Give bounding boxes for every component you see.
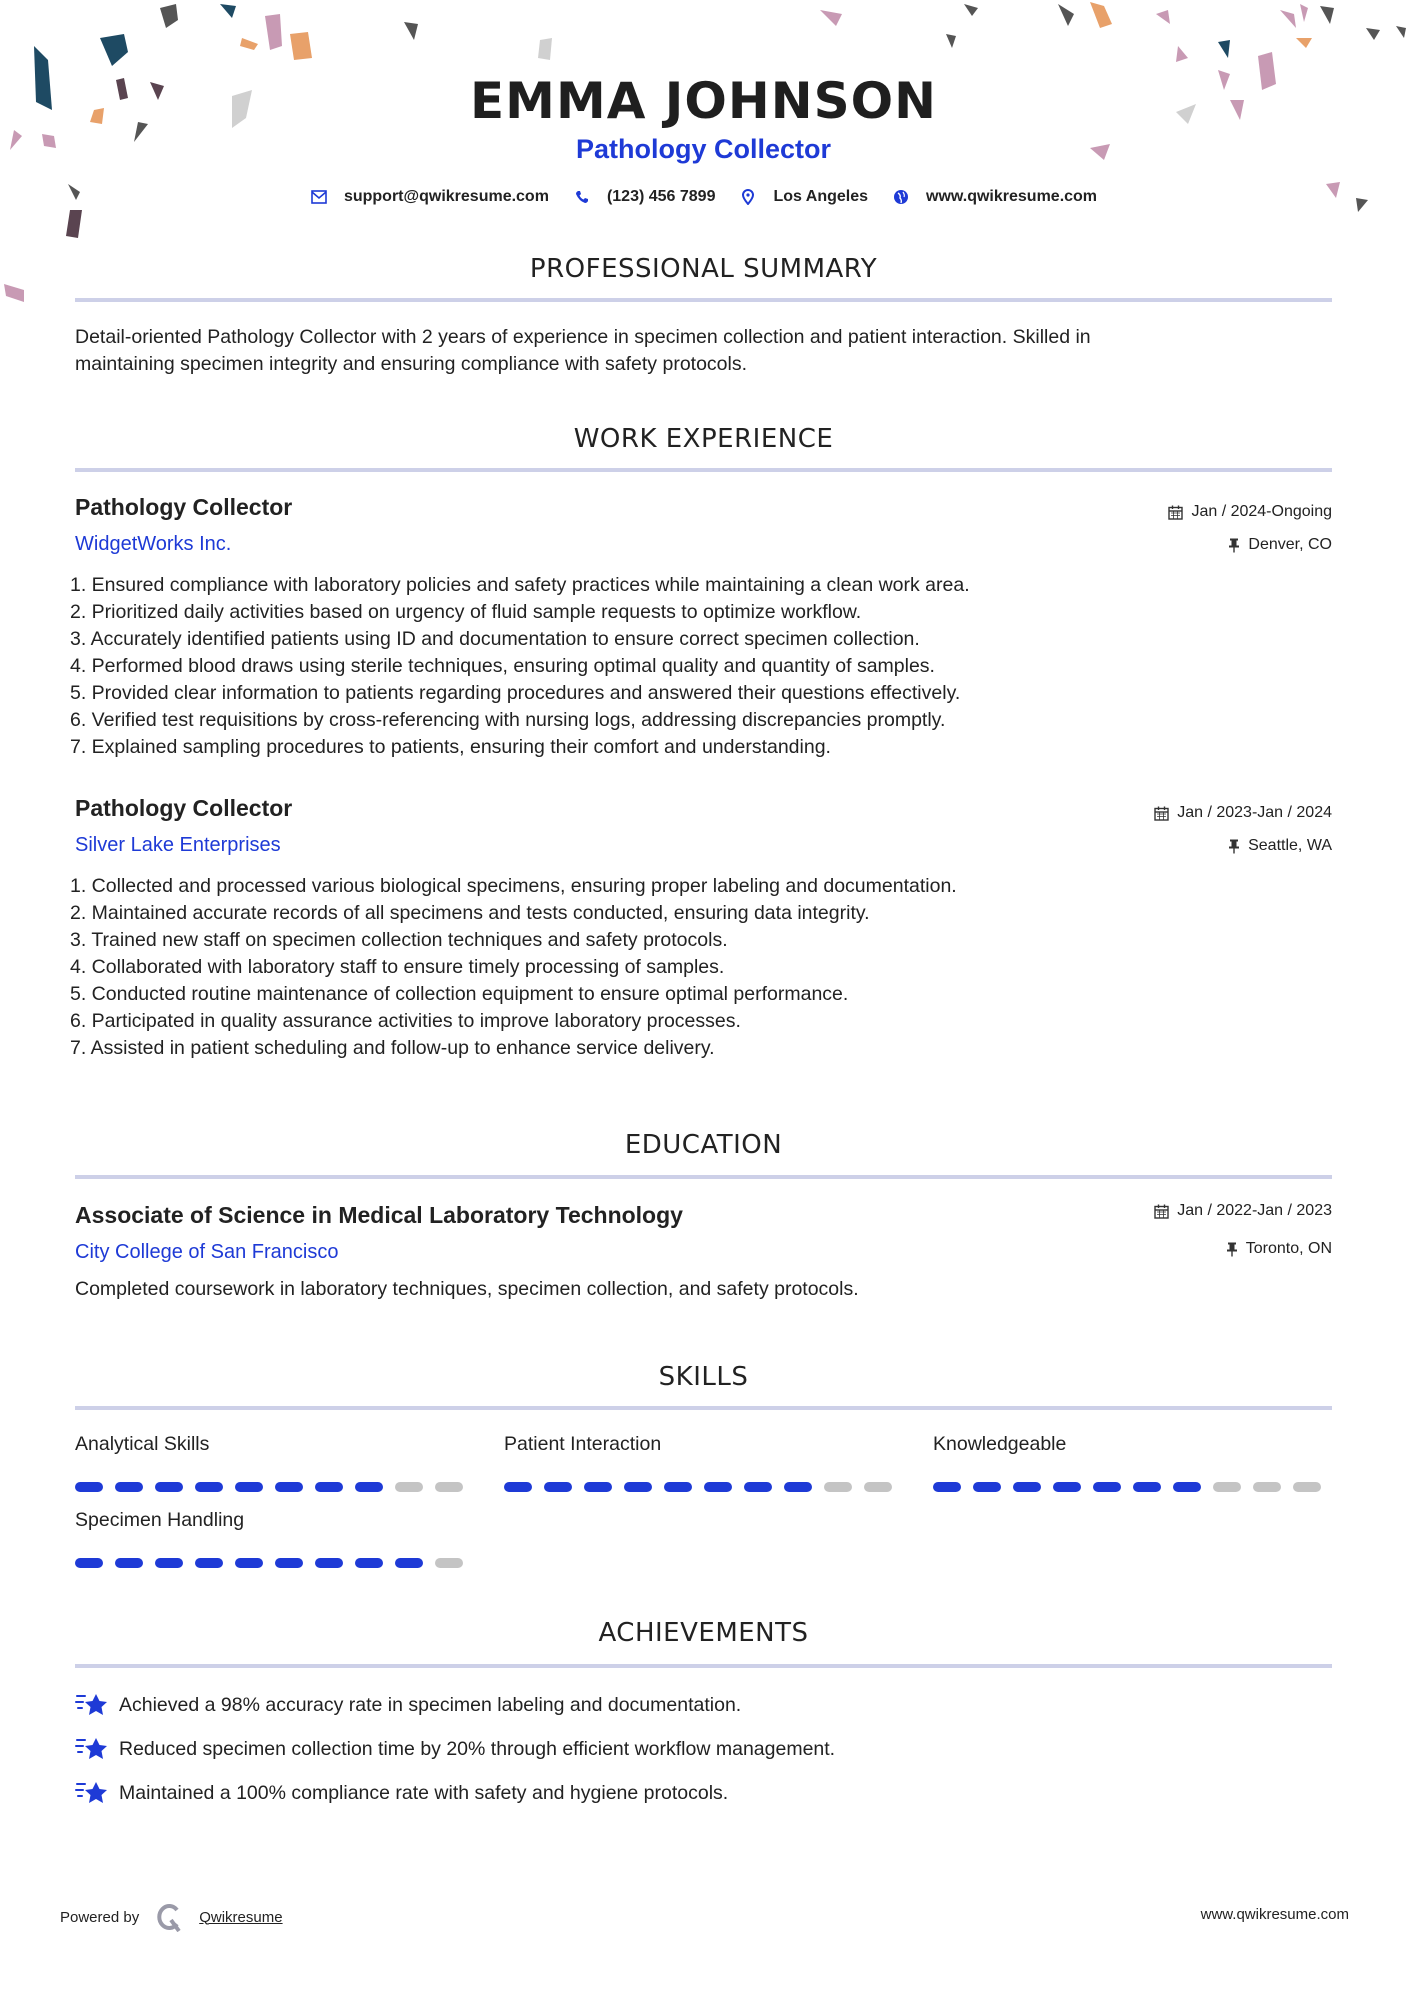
bullet-item: 4. Collaborated with laboratory staff to… — [70, 954, 1270, 981]
skill-dash — [544, 1482, 572, 1492]
contact-location: Los Angeles — [739, 188, 868, 206]
map-pin-icon — [739, 188, 757, 206]
skill-dash — [275, 1482, 303, 1492]
contact-email-text: support@qwikresume.com — [344, 188, 549, 206]
skill-dash — [195, 1558, 223, 1568]
skill-dash — [315, 1558, 343, 1568]
skill-level-bar — [75, 1482, 463, 1492]
job-title: Pathology Collector — [75, 494, 292, 521]
contact-phone-text: (123) 456 7899 — [607, 188, 716, 206]
summary-text: Detail-oriented Pathology Collector with… — [75, 324, 1332, 378]
skill-dash — [235, 1482, 263, 1492]
job-company: WidgetWorks Inc. — [75, 533, 231, 556]
achievements-heading: ACHIEVEMENTS — [0, 1618, 1407, 1648]
summary-line: Detail-oriented Pathology Collector with… — [75, 324, 1332, 351]
pushpin-icon — [1226, 1242, 1238, 1257]
bullet-item: 5. Provided clear information to patient… — [70, 680, 1270, 707]
job-dates: Jan / 2024-Ongoing — [1168, 503, 1332, 521]
education-dates: Jan / 2022-Jan / 2023 — [1154, 1202, 1332, 1220]
skill-dash — [115, 1482, 143, 1492]
bullet-item: 4. Performed blood draws using sterile t… — [70, 653, 1270, 680]
bullet-item: 6. Participated in quality assurance act… — [70, 1008, 1270, 1035]
job-location-text: Seattle, WA — [1248, 837, 1332, 855]
skill-item: Analytical Skills — [75, 1433, 463, 1492]
skill-dash — [75, 1558, 103, 1568]
skill-dash — [744, 1482, 772, 1492]
contact-website[interactable]: www.qwikresume.com — [892, 188, 1097, 206]
skill-dash — [195, 1482, 223, 1492]
school-name: City College of San Francisco — [75, 1241, 338, 1264]
globe-icon — [892, 188, 910, 206]
skill-name: Specimen Handling — [75, 1509, 463, 1532]
bullet-item: 3. Accurately identified patients using … — [70, 626, 1270, 653]
contact-website-text: www.qwikresume.com — [926, 188, 1097, 206]
calendar-icon — [1154, 806, 1169, 821]
skills-heading: SKILLS — [0, 1362, 1407, 1392]
skill-dash — [155, 1482, 183, 1492]
job-dates-text: Jan / 2024-Ongoing — [1191, 503, 1332, 521]
skill-dash — [704, 1482, 732, 1492]
job-location: Denver, CO — [1228, 536, 1332, 554]
education-description: Completed coursework in laboratory techn… — [75, 1276, 1332, 1303]
candidate-title: Pathology Collector — [0, 134, 1407, 165]
skill-dash — [504, 1482, 532, 1492]
star-icon — [75, 1734, 109, 1764]
achievement-item: Maintained a 100% compliance rate with s… — [75, 1778, 728, 1808]
achievement-text: Achieved a 98% accuracy rate in specimen… — [119, 1694, 741, 1717]
contact-location-text: Los Angeles — [773, 188, 868, 206]
powered-by-label: Powered by — [60, 1909, 139, 1926]
calendar-icon — [1154, 1204, 1169, 1219]
star-icon — [75, 1690, 109, 1720]
skill-dash — [584, 1482, 612, 1492]
achievement-text: Reduced specimen collection time by 20% … — [119, 1738, 835, 1761]
qwikresume-link[interactable]: Qwikresume — [199, 1909, 282, 1926]
achievement-item: Reduced specimen collection time by 20% … — [75, 1734, 835, 1764]
skill-dash — [864, 1482, 892, 1492]
skill-level-bar — [504, 1482, 892, 1492]
skill-dash — [435, 1482, 463, 1492]
skill-dash — [824, 1482, 852, 1492]
degree-title: Associate of Science in Medical Laborato… — [75, 1202, 683, 1229]
skill-dash — [624, 1482, 652, 1492]
skill-dash — [235, 1558, 263, 1568]
skill-dash — [75, 1482, 103, 1492]
achievement-item: Achieved a 98% accuracy rate in specimen… — [75, 1690, 741, 1720]
skill-dash — [1253, 1482, 1281, 1492]
phone-icon — [573, 188, 591, 206]
skill-dash — [115, 1558, 143, 1568]
bullet-item: 7. Explained sampling procedures to pati… — [70, 734, 1270, 761]
calendar-icon — [1168, 505, 1183, 520]
bullet-item: 1. Collected and processed various biolo… — [70, 873, 1270, 900]
contact-phone[interactable]: (123) 456 7899 — [573, 188, 716, 206]
skill-level-bar — [75, 1558, 463, 1568]
envelope-icon — [310, 188, 328, 206]
skill-name: Patient Interaction — [504, 1433, 892, 1456]
star-icon — [75, 1778, 109, 1808]
skill-dash — [435, 1558, 463, 1568]
job-bullets: 1. Ensured compliance with laboratory po… — [70, 572, 1270, 761]
skill-dash — [1093, 1482, 1121, 1492]
bullet-item: 1. Ensured compliance with laboratory po… — [70, 572, 1270, 599]
skill-dash — [355, 1482, 383, 1492]
contact-bar: support@qwikresume.com (123) 456 7899 Lo… — [0, 188, 1407, 206]
experience-heading: WORK EXPERIENCE — [0, 424, 1407, 454]
education-location: Toronto, ON — [1226, 1240, 1332, 1258]
skill-dash — [933, 1482, 961, 1492]
skill-dash — [355, 1558, 383, 1568]
footer-powered-by: Powered by Qwikresume — [60, 1902, 283, 1932]
skill-dash — [1013, 1482, 1041, 1492]
skill-dash — [1133, 1482, 1161, 1492]
pushpin-icon — [1228, 839, 1240, 854]
candidate-name: EMMA JOHNSON — [0, 72, 1407, 130]
bullet-item: 6. Verified test requisitions by cross-r… — [70, 707, 1270, 734]
skill-dash — [395, 1482, 423, 1492]
skill-dash — [784, 1482, 812, 1492]
education-divider — [75, 1175, 1332, 1179]
job-title: Pathology Collector — [75, 795, 292, 822]
job-company: Silver Lake Enterprises — [75, 834, 281, 857]
bullet-item: 2. Maintained accurate records of all sp… — [70, 900, 1270, 927]
job-dates: Jan / 2023-Jan / 2024 — [1154, 804, 1332, 822]
skill-item: Patient Interaction — [504, 1433, 892, 1492]
skill-dash — [1213, 1482, 1241, 1492]
skill-item: Specimen Handling — [75, 1509, 463, 1568]
bullet-item: 3. Trained new staff on specimen collect… — [70, 927, 1270, 954]
skill-dash — [275, 1558, 303, 1568]
bullet-item: 2. Prioritized daily activities based on… — [70, 599, 1270, 626]
education-heading: EDUCATION — [0, 1130, 1407, 1160]
skill-item: Knowledgeable — [933, 1433, 1321, 1492]
summary-heading: PROFESSIONAL SUMMARY — [0, 254, 1407, 284]
education-dates-text: Jan / 2022-Jan / 2023 — [1177, 1202, 1332, 1220]
job-location: Seattle, WA — [1228, 837, 1332, 855]
skill-dash — [155, 1558, 183, 1568]
contact-email[interactable]: support@qwikresume.com — [310, 188, 549, 206]
skill-name: Analytical Skills — [75, 1433, 463, 1456]
skill-dash — [1173, 1482, 1201, 1492]
footer-website[interactable]: www.qwikresume.com — [1201, 1906, 1349, 1923]
experience-divider — [75, 468, 1332, 472]
achievement-text: Maintained a 100% compliance rate with s… — [119, 1782, 728, 1805]
skill-name: Knowledgeable — [933, 1433, 1321, 1456]
skill-dash — [973, 1482, 1001, 1492]
job-bullets: 1. Collected and processed various biolo… — [70, 873, 1270, 1062]
job-location-text: Denver, CO — [1248, 536, 1332, 554]
skills-divider — [75, 1406, 1332, 1410]
skill-dash — [315, 1482, 343, 1492]
skill-dash — [1053, 1482, 1081, 1492]
summary-divider — [75, 298, 1332, 302]
job-dates-text: Jan / 2023-Jan / 2024 — [1177, 804, 1332, 822]
bullet-item: 7. Assisted in patient scheduling and fo… — [70, 1035, 1270, 1062]
qwikresume-logo-icon — [155, 1902, 183, 1932]
skill-dash — [664, 1482, 692, 1492]
skill-level-bar — [933, 1482, 1321, 1492]
achievements-divider — [75, 1664, 1332, 1668]
summary-line: maintaining specimen integrity and ensur… — [75, 351, 1332, 378]
skill-dash — [1293, 1482, 1321, 1492]
bullet-item: 5. Conducted routine maintenance of coll… — [70, 981, 1270, 1008]
pushpin-icon — [1228, 538, 1240, 553]
skill-dash — [395, 1558, 423, 1568]
education-location-text: Toronto, ON — [1246, 1240, 1332, 1258]
